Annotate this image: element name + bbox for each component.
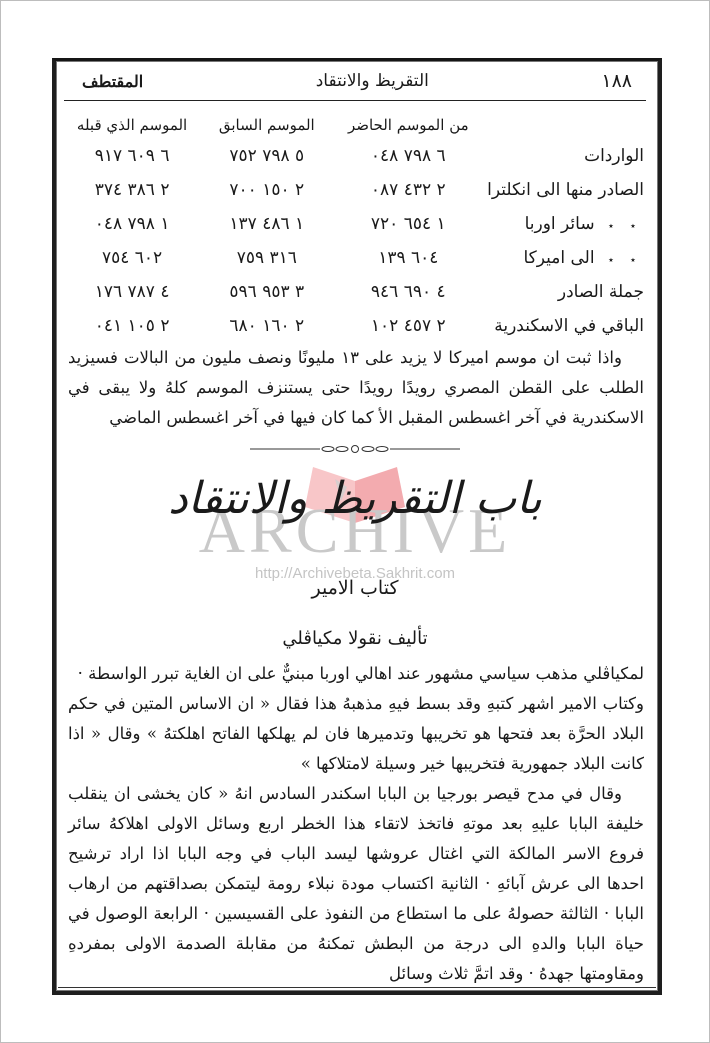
row-label-cell: ٭٭ الى اميركا xyxy=(487,241,650,275)
body-paragraph: وكتاب الامير اشهر كتبهِ وقد بسط فيهِ مذه… xyxy=(60,689,650,779)
row-label: الصادر منها الى انكلترا xyxy=(487,173,650,207)
cell-value: ٢ ١٥٠ ٧٠٠ xyxy=(204,173,329,207)
cell-value: ١ ٤٨٦ ١٣٧ xyxy=(204,207,329,241)
cotton-statistics-table: من الموسم الحاضر الموسم السابق الموسم ال… xyxy=(60,111,650,343)
cell-value: ٦٠٤ ١٣٩ xyxy=(329,241,487,275)
cell-value: ٣ ٩٥٣ ٥٩٦ xyxy=(204,275,329,309)
ditto-mark: ٭ xyxy=(600,255,622,266)
ditto-mark: ٭ xyxy=(600,221,622,232)
running-section-title: التقريظ والانتقاد xyxy=(316,71,429,91)
cell-value: ٣١٦ ٧٥٩ xyxy=(204,241,329,275)
cell-value: ٦ ٦٠٩ ٩١٧ xyxy=(60,139,204,173)
journal-name: المقتطف xyxy=(82,72,143,91)
body-paragraph: وقال في مدح قيصر بورجيا بن البابا اسكندر… xyxy=(60,779,650,989)
cell-value: ٢ ١٦٠ ٦٨٠ xyxy=(204,309,329,343)
row-label-cell: ٭٭ سائر اوربا xyxy=(487,207,650,241)
cotton-paragraph: واذا ثبت ان موسم اميركا لا يزيد على ١٣ م… xyxy=(60,343,650,433)
column-header-current-season: من الموسم الحاضر xyxy=(329,111,487,139)
page-content: ١٨٨ التقريظ والانتقاد المقتطف من الموسم … xyxy=(60,62,650,989)
body-paragraph: لمكياڤلي مذهب سياسي مشهور عند اهالي اورب… xyxy=(60,659,650,689)
column-header-season-before: الموسم الذي قبله xyxy=(60,111,204,139)
cell-value: ٥ ٧٩٨ ٧٥٢ xyxy=(204,139,329,173)
table-row: ٭٭ الى اميركا ٦٠٤ ١٣٩ ٣١٦ ٧٥٩ ٦٠٢ ٧٥٤ xyxy=(60,241,650,275)
cell-value: ٦ ٧٩٨ ٠٤٨ xyxy=(329,139,487,173)
page-number: ١٨٨ xyxy=(601,70,632,92)
column-header-previous-season: الموسم السابق xyxy=(204,111,329,139)
cell-value: ٤ ٧٨٧ ١٧٦ xyxy=(60,275,204,309)
cell-value: ٢ ١٠٥ ٠٤١ xyxy=(60,309,204,343)
cell-value: ١ ٧٩٨ ٠٤٨ xyxy=(60,207,204,241)
running-head: ١٨٨ التقريظ والانتقاد المقتطف xyxy=(64,62,646,101)
row-label: سائر اوربا xyxy=(525,214,595,234)
table-row: الواردات ٦ ٧٩٨ ٠٤٨ ٥ ٧٩٨ ٧٥٢ ٦ ٦٠٩ ٩١٧ xyxy=(60,139,650,173)
cell-value: ٢ ٣٨٦ ٣٧٤ xyxy=(60,173,204,207)
table-header-row: من الموسم الحاضر الموسم السابق الموسم ال… xyxy=(60,111,650,139)
cell-value: ٢ ٤٥٧ ١٠٢ xyxy=(329,309,487,343)
calligraphic-section-title: باب التقريظ والانتقاد xyxy=(60,473,650,524)
table-row: الصادر منها الى انكلترا ٢ ٤٣٢ ٠٨٧ ٢ ١٥٠ … xyxy=(60,173,650,207)
table-row: ٭٭ سائر اوربا ١ ٦٥٤ ٧٢٠ ١ ٤٨٦ ١٣٧ ١ ٧٩٨ … xyxy=(60,207,650,241)
ditto-mark: ٭ xyxy=(622,221,644,232)
book-title: كتاب الامير xyxy=(60,577,650,599)
cell-value: ١ ٦٥٤ ٧٢٠ xyxy=(329,207,487,241)
row-label: الباقي في الاسكندرية xyxy=(487,309,650,343)
table-row: جملة الصادر ٤ ٦٩٠ ٩٤٦ ٣ ٩٥٣ ٥٩٦ ٤ ٧٨٧ ١٧… xyxy=(60,275,650,309)
ornament-divider-icon xyxy=(250,445,460,453)
section-heading-block: ARCHIVE باب التقريظ والانتقاد http://Arc… xyxy=(60,437,650,607)
cell-value: ٦٠٢ ٧٥٤ xyxy=(60,241,204,275)
ditto-mark: ٭ xyxy=(622,255,644,266)
row-label: الى اميركا xyxy=(524,248,595,268)
cell-value: ٤ ٦٩٠ ٩٤٦ xyxy=(329,275,487,309)
table-row: الباقي في الاسكندرية ٢ ٤٥٧ ١٠٢ ٢ ١٦٠ ٦٨٠… xyxy=(60,309,650,343)
cell-value: ٢ ٤٣٢ ٠٨٧ xyxy=(329,173,487,207)
row-label: جملة الصادر xyxy=(487,275,650,309)
row-label: الواردات xyxy=(487,139,650,173)
author-line: تأليف نقولا مكياڤلي xyxy=(60,619,650,659)
column-header-label xyxy=(487,111,650,139)
